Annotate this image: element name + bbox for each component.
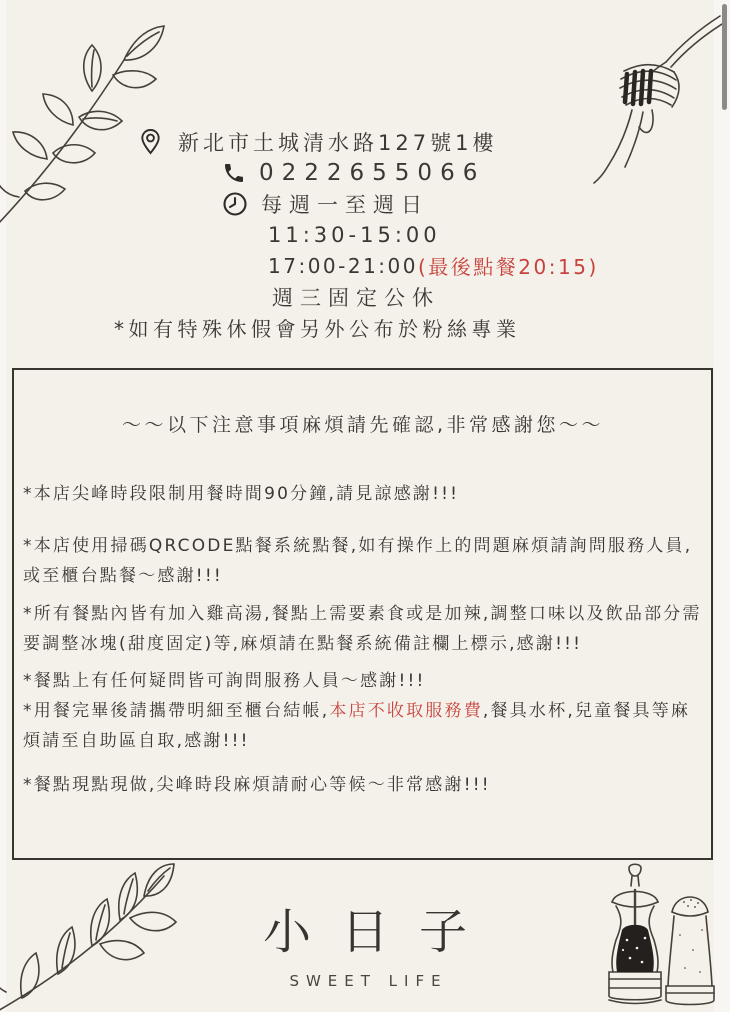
notice-box: ～～以下注意事項麻煩請先確認,非常感謝您～～ *本店尖峰時段限制用餐時間90分鐘… [12,368,713,860]
restaurant-subtitle: SWEET LIFE [0,972,730,990]
special-holiday-text: *如有特殊休假會另外公布於粉絲專業 [114,313,521,342]
phone-icon [222,161,246,185]
notice-item: *本店尖峰時段限制用餐時間90分鐘,請見諒感謝!!! [23,479,703,509]
dinner-hours-line: 17:00-21:00(最後點餐20:15) [268,250,730,281]
logo-block: 小日子 SWEET LIFE [0,893,730,990]
notice-title: ～～以下注意事項麻煩請先確認,非常感謝您～～ [23,410,703,437]
scrollbar-thumb[interactable] [722,4,727,110]
opening-days-line: 每週一至週日 [222,188,730,219]
last-order-note: (最後點餐20:15) [418,251,599,280]
notice-item: *所有餐點內皆有加入雞高湯,餐點上需要素食或是加辣,調整口味以及飲品部分需要調整… [23,599,703,659]
notice-item: *餐點現點現做,尖峰時段麻煩請耐心等候～非常感謝!!! [23,770,703,800]
notice-list: *本店尖峰時段限制用餐時間90分鐘,請見諒感謝!!!*本店使用掃碼QRCODE點… [23,479,703,800]
opening-days-text: 每週一至週日 [261,189,429,219]
lunch-hours-line: 11:30-15:00 [268,219,730,250]
lunch-hours-text: 11:30-15:00 [268,223,441,247]
notice-text: *用餐完畢後請攜帶明細至櫃台結帳, [23,701,329,721]
notice-red-text: 本店不收取服務費 [329,701,483,721]
notice-text: *本店使用掃碼QRCODE點餐系統點餐,如有操作上的問題麻煩請詢問服務人員,或至… [23,536,692,586]
clock-icon [222,191,248,217]
address-line: 新北市土城清水路127號1樓 [138,126,730,157]
restaurant-info: 新北市土城清水路127號1樓 0222655066 每週一至週日 11:30-1… [0,126,730,343]
phone-line: 0222655066 [222,157,730,188]
notice-item: *用餐完畢後請攜帶明細至櫃台結帳,本店不收取服務費,餐具水杯,兒童餐具等麻煩請至… [23,696,703,756]
notice-item: *餐點上有任何疑問皆可詢問服務人員～感謝!!! [23,666,703,696]
restaurant-name: 小日子 [0,893,730,962]
notice-text: *餐點現點現做,尖峰時段麻煩請耐心等候～非常感謝!!! [23,775,491,795]
location-pin-icon [138,128,163,156]
notice-item: *本店使用掃碼QRCODE點餐系統點餐,如有操作上的問題麻煩請詢問服務人員,或至… [23,531,703,591]
special-holiday-line: *如有特殊休假會另外公布於粉絲專業 [114,312,730,343]
notice-text: *本店尖峰時段限制用餐時間90分鐘,請見諒感謝!!! [23,484,459,504]
closed-day-line: 週三固定公休 [272,281,730,312]
dinner-hours-text: 17:00-21:00 [268,254,418,278]
phone-number: 0222655066 [259,160,485,186]
address-text: 新北市土城清水路127號1樓 [178,127,497,157]
notice-text: *餐點上有任何疑問皆可詢問服務人員～感謝!!! [23,671,426,691]
closed-day-text: 週三固定公休 [272,282,440,312]
notice-text: *所有餐點內皆有加入雞高湯,餐點上需要素食或是加辣,調整口味以及飲品部分需要調整… [23,604,702,654]
